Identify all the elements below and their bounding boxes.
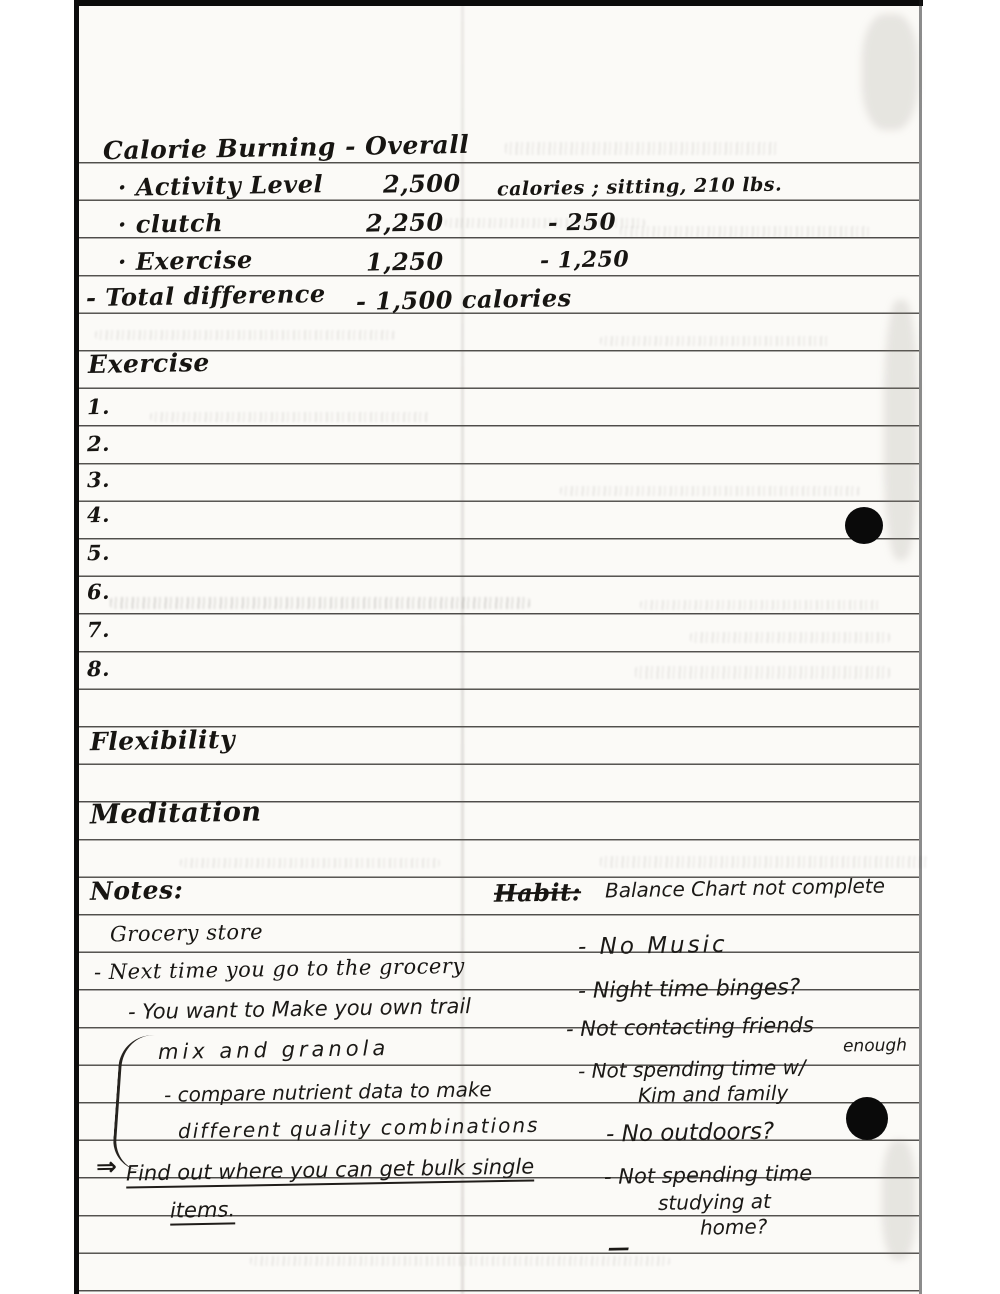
habit-item: studying at — [658, 1189, 771, 1215]
bleedthrough-marks — [600, 856, 930, 868]
habit-item: - Not spending time — [604, 1161, 813, 1189]
bleedthrough-marks — [180, 858, 440, 868]
bleedthrough-marks — [600, 336, 830, 346]
bleedthrough-marks — [95, 330, 395, 340]
exercise-heading: Exercise — [88, 348, 210, 379]
habit-item: - No Music — [578, 932, 728, 961]
bleedthrough-marks — [250, 1256, 670, 1266]
calorie-row-label: · Exercise — [118, 245, 253, 276]
list-number: 5. — [87, 540, 110, 565]
ink-blot — [846, 1097, 888, 1140]
habit-item: home? — [700, 1214, 768, 1239]
list-number: 8. — [87, 656, 110, 681]
bleedthrough-marks — [690, 632, 890, 643]
bleedthrough-marks — [635, 666, 890, 679]
flexibility-heading: Flexibility — [90, 725, 236, 757]
paper-left-edge — [74, 0, 79, 1294]
note-line: items. — [170, 1197, 236, 1225]
calorie-row-note: - 1,250 — [540, 246, 630, 274]
habit-heading: Habit: — [494, 877, 582, 908]
bleedthrough-marks — [640, 600, 880, 610]
meditation-heading: Meditation — [90, 797, 262, 831]
calorie-row-label: - Total difference — [86, 279, 326, 312]
habit-item: — — [608, 1236, 630, 1261]
scan-stain — [882, 1140, 916, 1260]
calorie-row-label: · Activity Level — [118, 169, 324, 202]
bleedthrough-marks — [505, 142, 780, 155]
list-number: 6. — [87, 579, 110, 604]
list-number: 2. — [87, 431, 110, 456]
list-number: 7. — [87, 617, 110, 642]
habit-heading-note: Balance Chart not complete — [605, 874, 885, 903]
paper-right-edge — [919, 0, 922, 1294]
habit-item: - Night time binges? — [578, 975, 801, 1004]
habit-item: enough — [843, 1035, 907, 1056]
habit-item: - No outdoors? — [606, 1119, 775, 1148]
bleedthrough-marks — [560, 486, 860, 496]
calorie-row-value: 1,250 — [366, 246, 444, 276]
calorie-row-value: 2,250 — [366, 207, 444, 237]
calorie-row-value: 2,500 — [383, 168, 461, 198]
ink-blot — [845, 507, 883, 544]
bleedthrough-marks — [150, 412, 430, 422]
calorie-row-label: · clutch — [118, 208, 224, 239]
scan-stain — [884, 300, 918, 560]
arrow-icon: ⇒ — [96, 1152, 117, 1181]
bleedthrough-marks — [110, 597, 530, 609]
note-line: mix and granola — [158, 1036, 390, 1064]
scan-stain — [862, 14, 918, 130]
note-line: Grocery store — [110, 920, 263, 947]
calorie-row-value: - 1,500 calories — [356, 283, 572, 316]
list-number: 4. — [87, 502, 110, 527]
habit-item: - Not spending time w/ — [578, 1055, 806, 1083]
paper-top-edge — [78, 0, 923, 6]
calorie-row-note: - 250 — [548, 208, 617, 236]
notes-heading: Notes: — [90, 875, 184, 906]
list-number: 3. — [87, 467, 110, 492]
habit-item: - Not contacting friends — [566, 1013, 814, 1041]
habit-item: Kim and family — [638, 1081, 789, 1108]
list-number: 1. — [87, 394, 110, 419]
bleedthrough-marks — [620, 226, 870, 237]
